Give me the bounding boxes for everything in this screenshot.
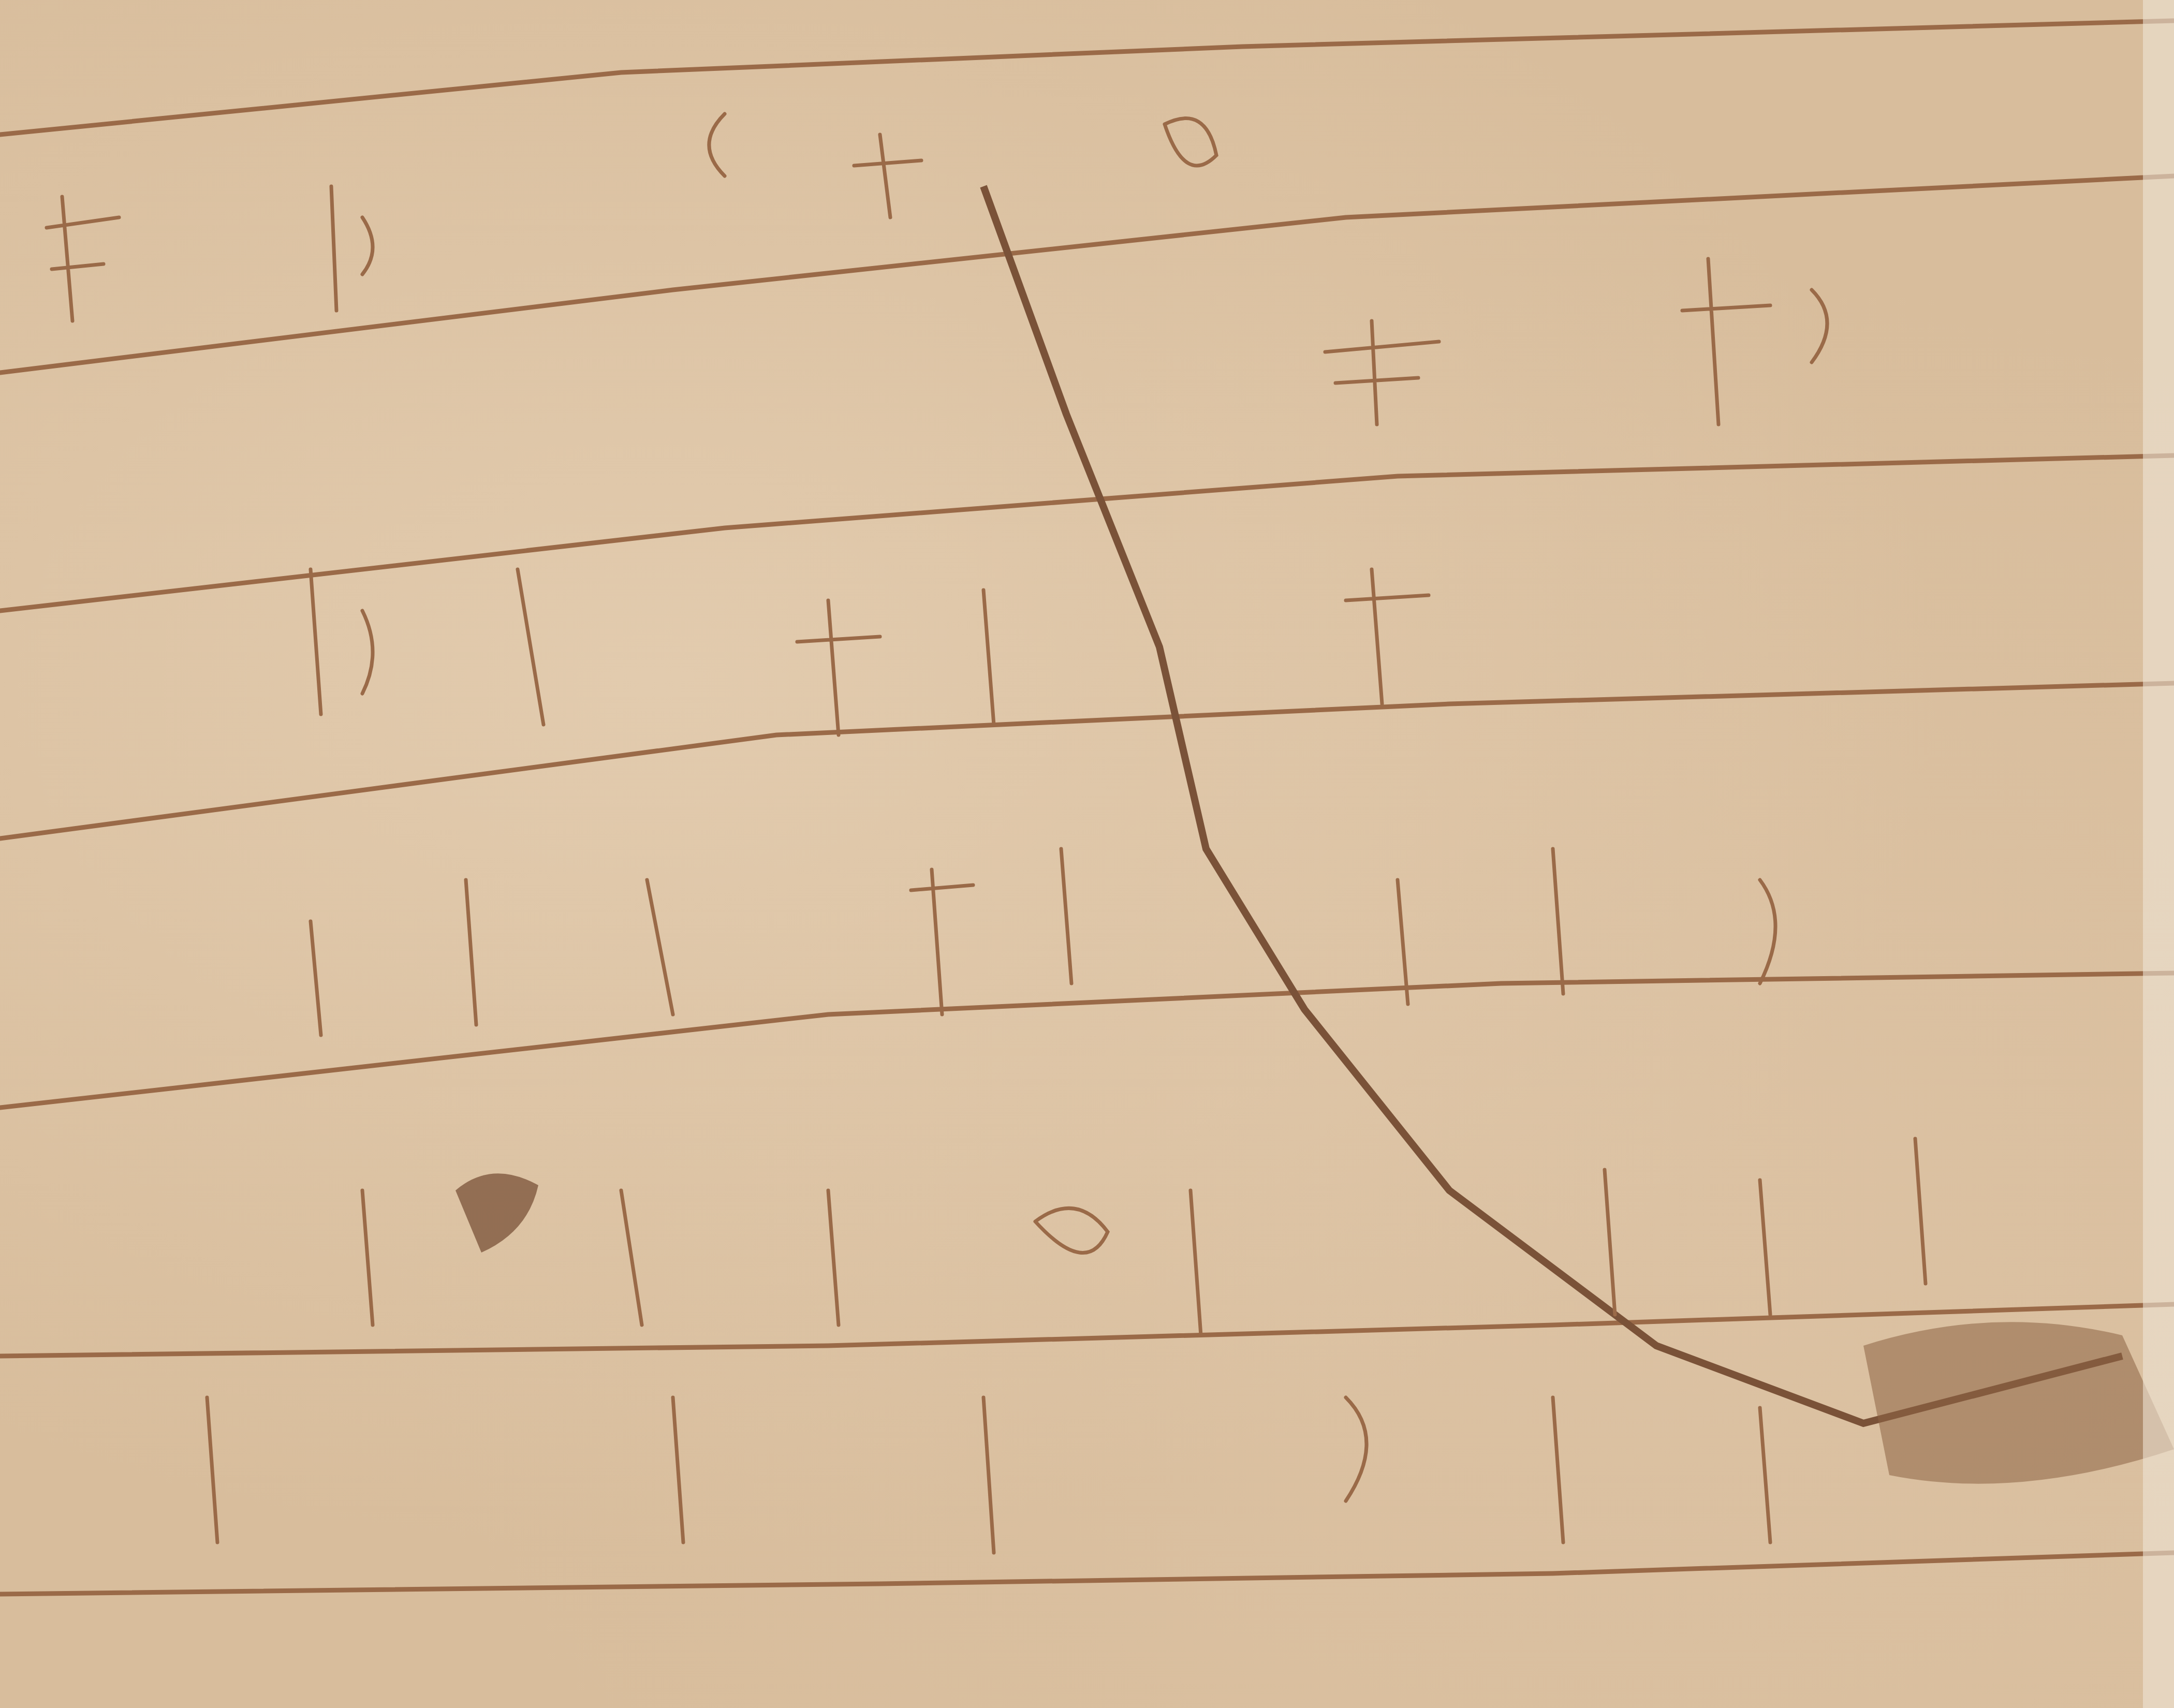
damage-area <box>1863 1322 2174 1483</box>
ruled-lines <box>0 21 2174 1594</box>
crack <box>983 186 2122 1423</box>
tablet-incisions <box>0 0 2174 1708</box>
right-edge-highlight <box>2143 0 2174 1708</box>
damage-spot <box>456 1173 538 1253</box>
clay-tablet-photo: Clay tablet with incised script signs <box>0 0 2174 1708</box>
